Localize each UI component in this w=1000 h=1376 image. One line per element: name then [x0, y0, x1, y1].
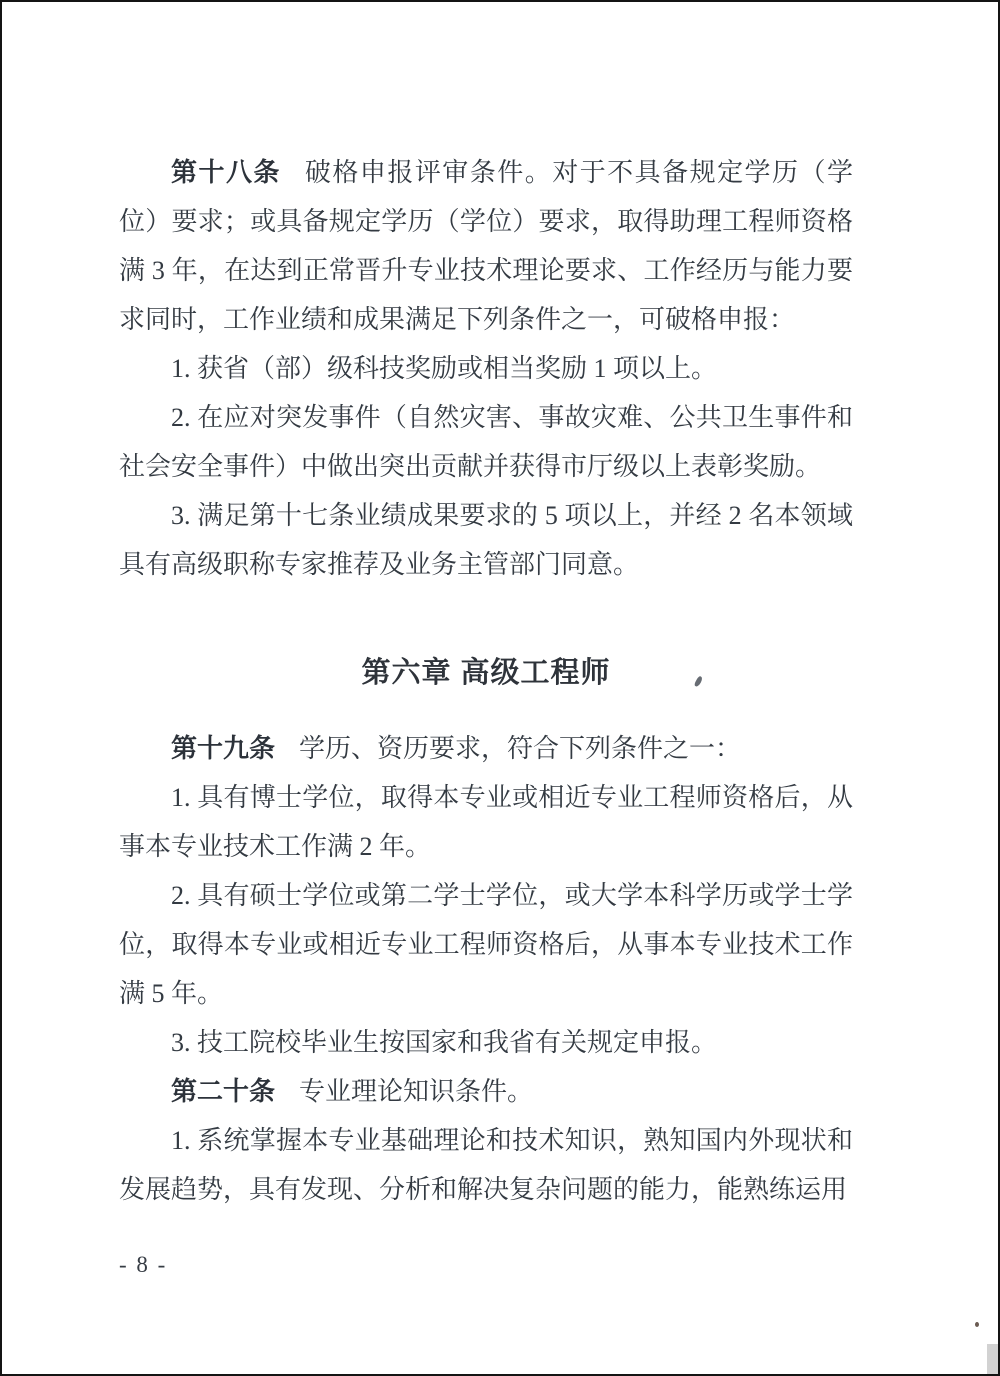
article-20-text: 专业理论知识条件。: [299, 1077, 533, 1106]
article-18-item-2: 2. 在应对突发事件（自然灾害、事故灾难、公共卫生事件和社会安全事件）中做出突出…: [119, 393, 853, 491]
article-19-item-1: 1. 具有博士学位，取得本专业或相近专业工程师资格后，从事本专业技术工作满 2 …: [119, 773, 853, 871]
article-19-paragraph: 第十九条学历、资历要求，符合下列条件之一：: [119, 724, 853, 773]
article-18-paragraph: 第十八条破格申报评审条件。对于不具备规定学历（学位）要求；或具备规定学历（学位）…: [119, 148, 853, 344]
article-19-item-2: 2. 具有硕士学位或第二学士学位，或大学本科学历或学士学位，取得本专业或相近专业…: [119, 871, 853, 1018]
article-19-item-3: 3. 技工院校毕业生按国家和我省有关规定申报。: [119, 1018, 853, 1067]
article-18-item-3: 3. 满足第十七条业绩成果要求的 5 项以上，并经 2 名本领域具有高级职称专家…: [119, 491, 853, 589]
article-20-number: 第二十条: [171, 1077, 275, 1106]
article-19-text: 学历、资历要求，符合下列条件之一：: [299, 734, 741, 763]
ink-dot-icon: [975, 1322, 979, 1327]
article-20-item-1: 1. 系统掌握本专业基础理论和技术知识，熟知国内外现状和发展趋势，具有发现、分析…: [119, 1116, 853, 1214]
article-19-number: 第十九条: [171, 734, 275, 763]
article-20-paragraph: 第二十条专业理论知识条件。: [119, 1067, 853, 1116]
article-18-item-1: 1. 获省（部）级科技奖励或相当奖励 1 项以上。: [119, 344, 853, 393]
chapter-6-heading: 第六章 高级工程师: [119, 649, 853, 698]
document-body: 第十八条破格申报评审条件。对于不具备规定学历（学位）要求；或具备规定学历（学位）…: [119, 148, 853, 1214]
scan-smudge: [987, 1344, 998, 1374]
page-number: - 8 -: [119, 1252, 167, 1278]
article-18-number: 第十八条: [171, 158, 281, 187]
document-page: 第十八条破格申报评审条件。对于不具备规定学历（学位）要求；或具备规定学历（学位）…: [0, 0, 1000, 1376]
